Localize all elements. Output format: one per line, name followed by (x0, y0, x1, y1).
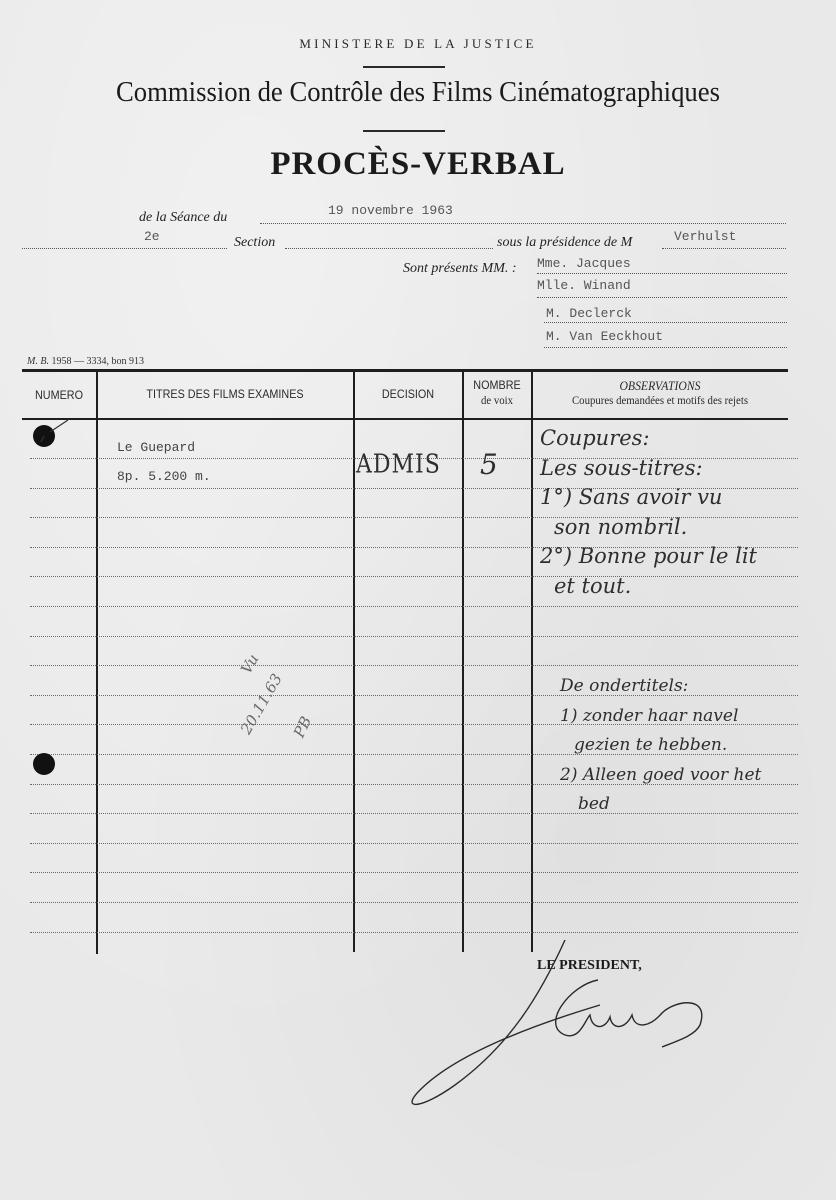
annotation-initials: PB (290, 714, 315, 741)
obs-line: 2°) Bonne pour le lit (540, 542, 800, 572)
nombre-line2: de voix (466, 393, 527, 408)
document-title: PROCÈS-VERBAL (0, 146, 836, 183)
seance-date: 19 novembre 1963 (328, 203, 453, 218)
obs-line: Les sous-titres: (540, 454, 800, 484)
member-line (544, 322, 787, 323)
divider (363, 66, 445, 68)
member-line (537, 297, 787, 298)
form-reference: M. B. 1958 — 3334, bon 913 (27, 356, 144, 367)
table-row-rule (30, 843, 798, 844)
divider (363, 130, 445, 132)
column-header-observations: OBSERVATIONS Coupures demandées et motif… (545, 378, 775, 408)
punch-hole (33, 753, 55, 775)
obs-line: 2) Alleen goed voor het (560, 761, 800, 791)
seance-line (260, 223, 786, 224)
obs-line: 1) zonder haar navel (560, 702, 800, 732)
seance-label: de la Séance du (139, 210, 227, 226)
film-title: Le Guepard (117, 440, 195, 455)
table-row-rule (30, 932, 798, 933)
column-header-titres: TITRES DES FILMS EXAMINES (110, 387, 340, 402)
member-line (544, 347, 787, 348)
obs-line: Coupures: (540, 424, 800, 454)
section-label: Section (234, 235, 275, 251)
decision-value: ADMIS (356, 450, 441, 480)
nombre-line1: NOMBRE (466, 378, 527, 393)
member-3: M. Declerck (546, 306, 632, 321)
observations-subtitle: Coupures demandées et motifs des rejets (545, 393, 775, 408)
president-line (662, 248, 786, 249)
form-reference-prefix: M. B. (27, 356, 49, 367)
table-top-rule (22, 369, 788, 372)
table-row-rule (30, 665, 798, 666)
observations-french: Coupures: Les sous-titres: 1°) Sans avoi… (540, 424, 800, 601)
checkmark-icon (38, 418, 78, 458)
annotation-date: 20.11.63 (237, 671, 286, 738)
column-header-decision: DECISION (359, 387, 456, 402)
annotation-vu: Vu (237, 651, 262, 677)
member-1: Mme. Jacques (537, 256, 631, 271)
signature-icon (400, 935, 720, 1115)
obs-line: 1°) Sans avoir vu (540, 483, 800, 513)
section-value: 2e (144, 229, 160, 244)
obs-line: et tout. (540, 572, 800, 602)
section-line (22, 248, 227, 249)
ministry-heading: MINISTERE DE LA JUSTICE (0, 36, 836, 52)
member-line (537, 273, 787, 274)
member-2: Mlle. Winand (537, 278, 631, 293)
commission-heading: Commission de Contrôle des Films Cinémat… (33, 76, 802, 109)
obs-line: De ondertitels: (560, 672, 800, 702)
president-name: Verhulst (674, 229, 736, 244)
obs-line: gezien te hebben. (560, 731, 800, 761)
presents-label: Sont présents MM. : (403, 261, 517, 277)
member-4: M. Van Eeckhout (546, 329, 663, 344)
observations-dutch: De ondertitels: 1) zonder haar navel gez… (560, 672, 800, 820)
observations-title: OBSERVATIONS (545, 378, 775, 393)
votes-value: 5 (480, 448, 498, 481)
column-header-numero: NUMERO (26, 388, 93, 403)
obs-line: bed (560, 790, 800, 820)
table-row-rule (30, 606, 798, 607)
table-header-rule (22, 418, 788, 420)
table-row-rule (30, 902, 798, 903)
film-details: 8p. 5.200 m. (117, 469, 211, 484)
form-reference-text: 1958 — 3334, bon 913 (51, 356, 144, 367)
column-header-nombre: NOMBRE de voix (466, 378, 527, 408)
table-row-rule (30, 636, 798, 637)
presidence-label: sous la présidence de M (497, 235, 632, 251)
table-row-rule (30, 872, 798, 873)
section-blank-line (285, 248, 493, 249)
obs-line: son nombril. (540, 513, 800, 543)
